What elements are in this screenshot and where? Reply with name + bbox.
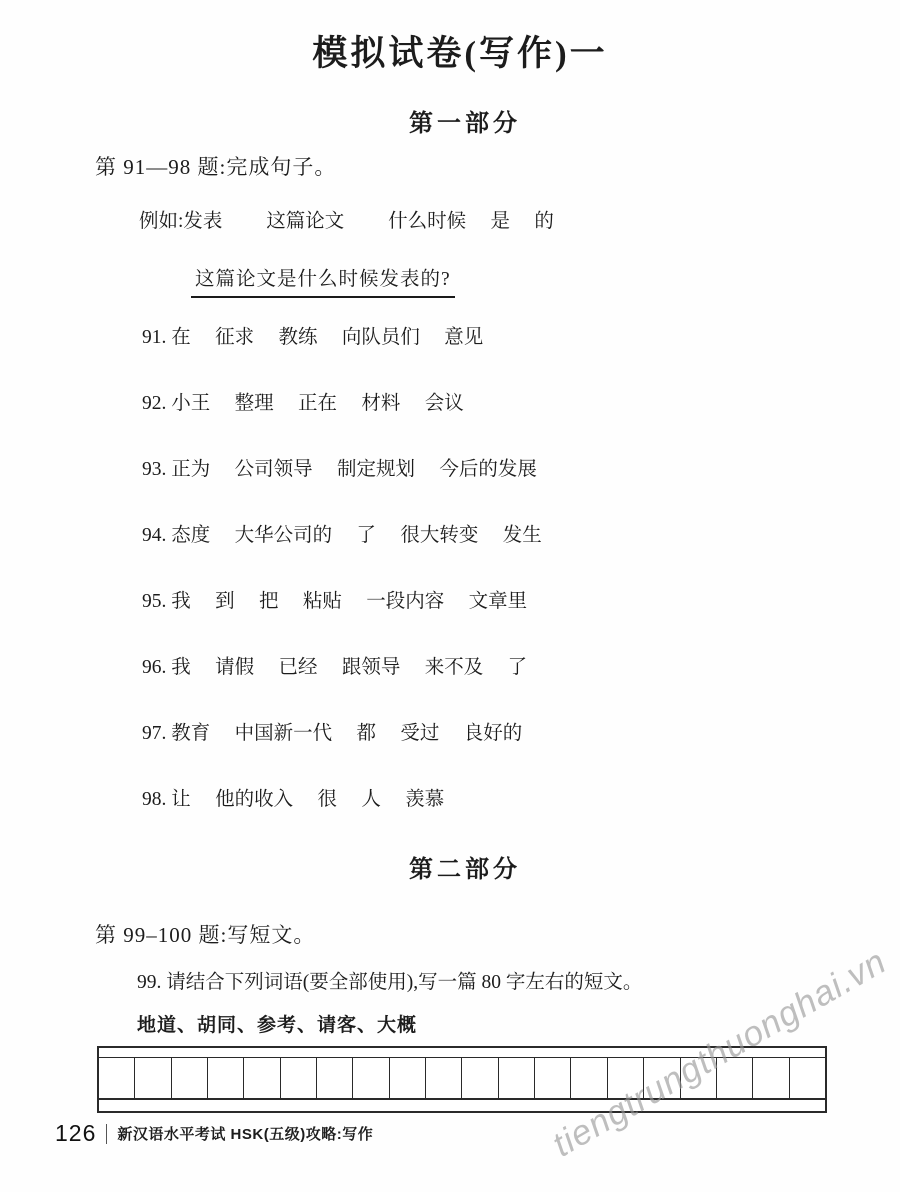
grid-cell [426, 1058, 462, 1098]
part2-heading: 第二部分 [0, 849, 900, 884]
question-item-92: 92. 小王 整理 正在 材料 会议 [142, 394, 542, 414]
grid-cell [317, 1058, 353, 1098]
book-title: 新汉语水平考试 HSK(五级)攻略:写作 [117, 1123, 373, 1144]
grid-cell [608, 1058, 644, 1098]
page-footer: 126 新汉语水平考试 HSK(五级)攻略:写作 [55, 1120, 373, 1147]
grid-cell [753, 1058, 789, 1098]
answer-grid [97, 1046, 827, 1113]
grid-cell [135, 1058, 171, 1098]
question-item-91: 91. 在 征求 教练 向队员们 意见 [142, 328, 542, 348]
question-99: 99. 请结合下列词语(要全部使用),写一篇 80 字左右的短文。 [137, 966, 642, 994]
grid-cell [462, 1058, 498, 1098]
footer-divider [106, 1124, 107, 1144]
question-item-97: 97. 教育 中国新一代 都 受过 良好的 [142, 724, 542, 744]
question-item-96: 96. 我 请假 已经 跟领导 来不及 了 [142, 658, 542, 678]
answer-grid-cells [99, 1058, 825, 1100]
grid-cell [353, 1058, 389, 1098]
grid-cell [99, 1058, 135, 1098]
grid-cell [681, 1058, 717, 1098]
grid-cell [244, 1058, 280, 1098]
scanned-exam-page: 模拟试卷(写作)一 第一部分 第 91—98 题:完成句子。 例如:发表 这篇论… [0, 0, 900, 1192]
page-number: 126 [55, 1120, 96, 1147]
question-item-98: 98. 让 他的收入 很 人 羡慕 [142, 790, 542, 810]
grid-cell [790, 1058, 825, 1098]
grid-cell [644, 1058, 680, 1098]
part1-heading: 第一部分 [0, 103, 900, 138]
question-item-93: 93. 正为 公司领导 制定规划 今后的发展 [142, 460, 542, 480]
answer-grid-bottom-strip [99, 1100, 825, 1111]
grid-cell [535, 1058, 571, 1098]
part1-instruction: 第 91—98 题:完成句子。 [95, 151, 336, 181]
example-answer-underlined: 这篇论文是什么时候发表的? [191, 263, 455, 298]
question-item-95: 95. 我 到 把 粘贴 一段内容 文章里 [142, 592, 542, 612]
example-prompt: 例如:发表 这篇论文 什么时候 是 的 [139, 205, 554, 233]
page-title: 模拟试卷(写作)一 [0, 26, 900, 76]
grid-cell [172, 1058, 208, 1098]
grid-cell [390, 1058, 426, 1098]
grid-cell [208, 1058, 244, 1098]
question-item-94: 94. 态度 大华公司的 了 很大转变 发生 [142, 526, 542, 546]
required-word-list: 地道、胡同、参考、请客、大概 [137, 1010, 417, 1037]
grid-cell [281, 1058, 317, 1098]
part2-instruction: 第 99–100 题:写短文。 [95, 919, 315, 949]
grid-cell [717, 1058, 753, 1098]
part1-question-list: 91. 在 征求 教练 向队员们 意见 92. 小王 整理 正在 材料 会议 9… [142, 328, 542, 856]
grid-cell [499, 1058, 535, 1098]
grid-cell [571, 1058, 607, 1098]
answer-grid-top-strip [99, 1048, 825, 1058]
